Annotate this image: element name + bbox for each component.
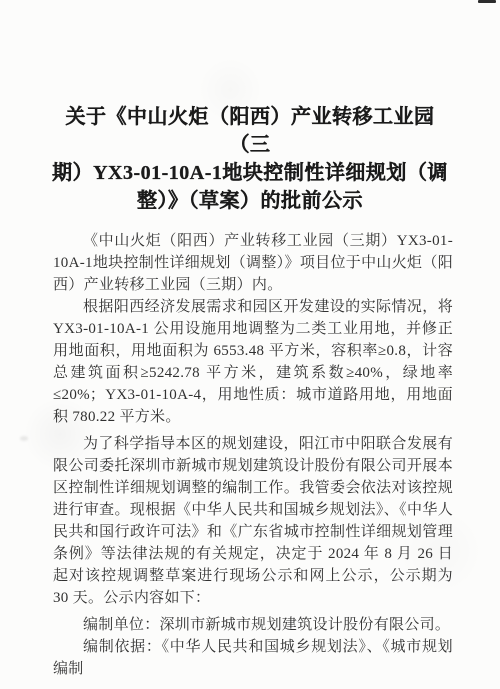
scan-speck: [66, 669, 72, 673]
compiling-unit-line: 编制单位：深圳市新城市规划建筑设计股份有限公司。: [53, 614, 453, 636]
document-title-line-1: 关于《中山火炬（阳西）产业转移工业园（三: [50, 103, 450, 159]
document-body: 《中山火炬（阳西）产业转移工业园（三期）YX3-01-10A-1地块控制性详细规…: [53, 230, 453, 680]
scanned-page: 关于《中山火炬（阳西）产业转移工业园（三 期）YX3-01-10A-1地块控制性…: [0, 0, 500, 689]
intro-paragraph: 《中山火炬（阳西）产业转移工业园（三期）YX3-01-10A-1地块控制性详细规…: [53, 230, 453, 296]
scan-artifact-top-right: [478, 0, 496, 3]
document-title-line-3: 整）》（草案）的批前公示: [50, 187, 450, 215]
document-title-line-2: 期）YX3-01-10A-1地块控制性详细规划（调: [50, 159, 450, 187]
compiling-basis-line: 编制依据：《中华人民共和国城乡规划法》、《城市规划编制: [53, 636, 453, 680]
adjustment-details-paragraph: 根据阳西经济发展需求和园区开发建设的实际情况，将YX3-01-10A-1 公用设…: [53, 296, 453, 428]
scan-speck: [20, 436, 28, 441]
document-title: 关于《中山火炬（阳西）产业转移工业园（三 期）YX3-01-10A-1地块控制性…: [50, 103, 450, 215]
procedure-paragraph: 为了科学指导本区的规划建设，阳江市中阳联合发展有限公司委托深圳市新城市规划建筑设…: [53, 433, 453, 609]
